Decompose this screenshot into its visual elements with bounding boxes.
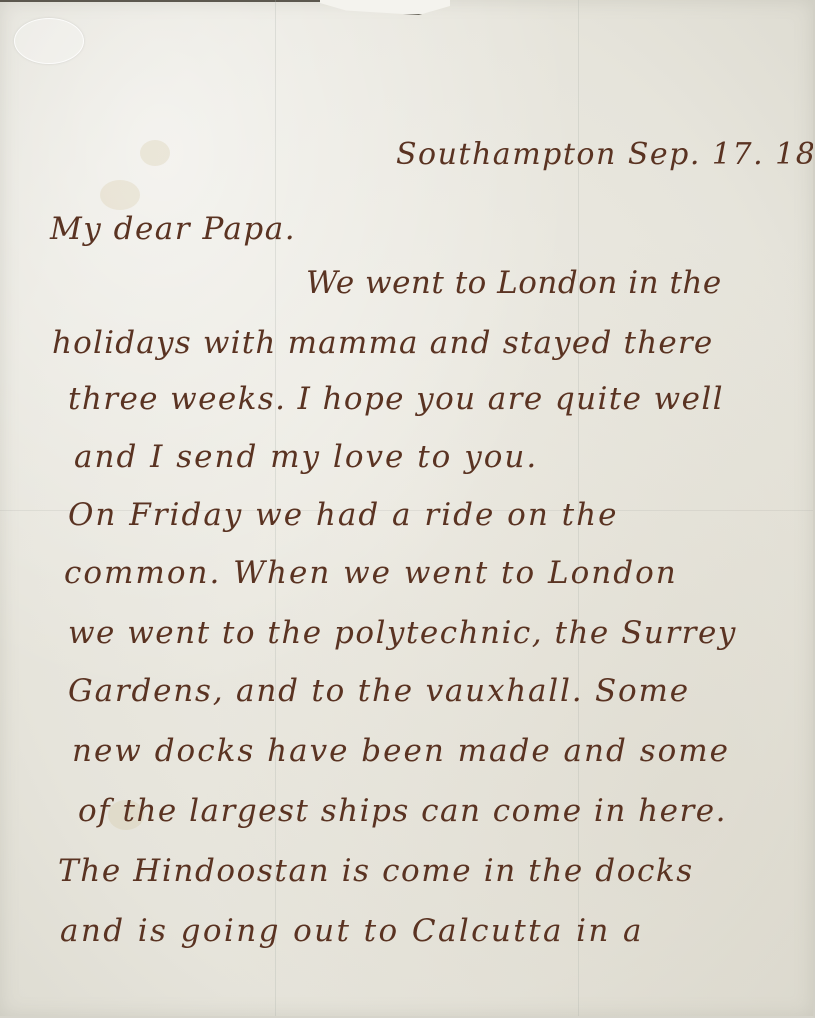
letter-line: Gardens, and to the vauxhall. Some — [68, 676, 690, 707]
letter-line: holidays with mamma and stayed there — [52, 328, 713, 359]
letter-line: new docks have been made and some — [72, 736, 730, 767]
place-and-date: Southampton Sep. 17. 1842. — [396, 140, 815, 170]
paper-top-edge — [0, 0, 330, 2]
letter-line: and is going out to Calcutta in a — [60, 916, 644, 947]
embossed-stationer-stamp — [14, 18, 84, 64]
salutation: My dear Papa. — [50, 214, 296, 245]
letter-line: common. When we went to London — [64, 558, 678, 589]
paper-stain — [100, 180, 140, 210]
letter-line: we went to the polytechnic, the Surrey — [68, 618, 737, 649]
letter-line: We went to London in the — [306, 268, 722, 299]
letter-line: On Friday we had a ride on the — [68, 500, 618, 531]
letter-line: The Hindoostan is come in the docks — [58, 856, 694, 887]
letter-page: Southampton Sep. 17. 1842. My dear Papa.… — [0, 0, 815, 1018]
letter-line: three weeks. I hope you are quite well — [68, 384, 724, 415]
letter-line: of the largest ships can come in here. — [78, 796, 727, 827]
torn-corner — [320, 0, 450, 15]
letter-line: and I send my love to you. — [74, 442, 538, 473]
paper-stain — [140, 140, 170, 166]
